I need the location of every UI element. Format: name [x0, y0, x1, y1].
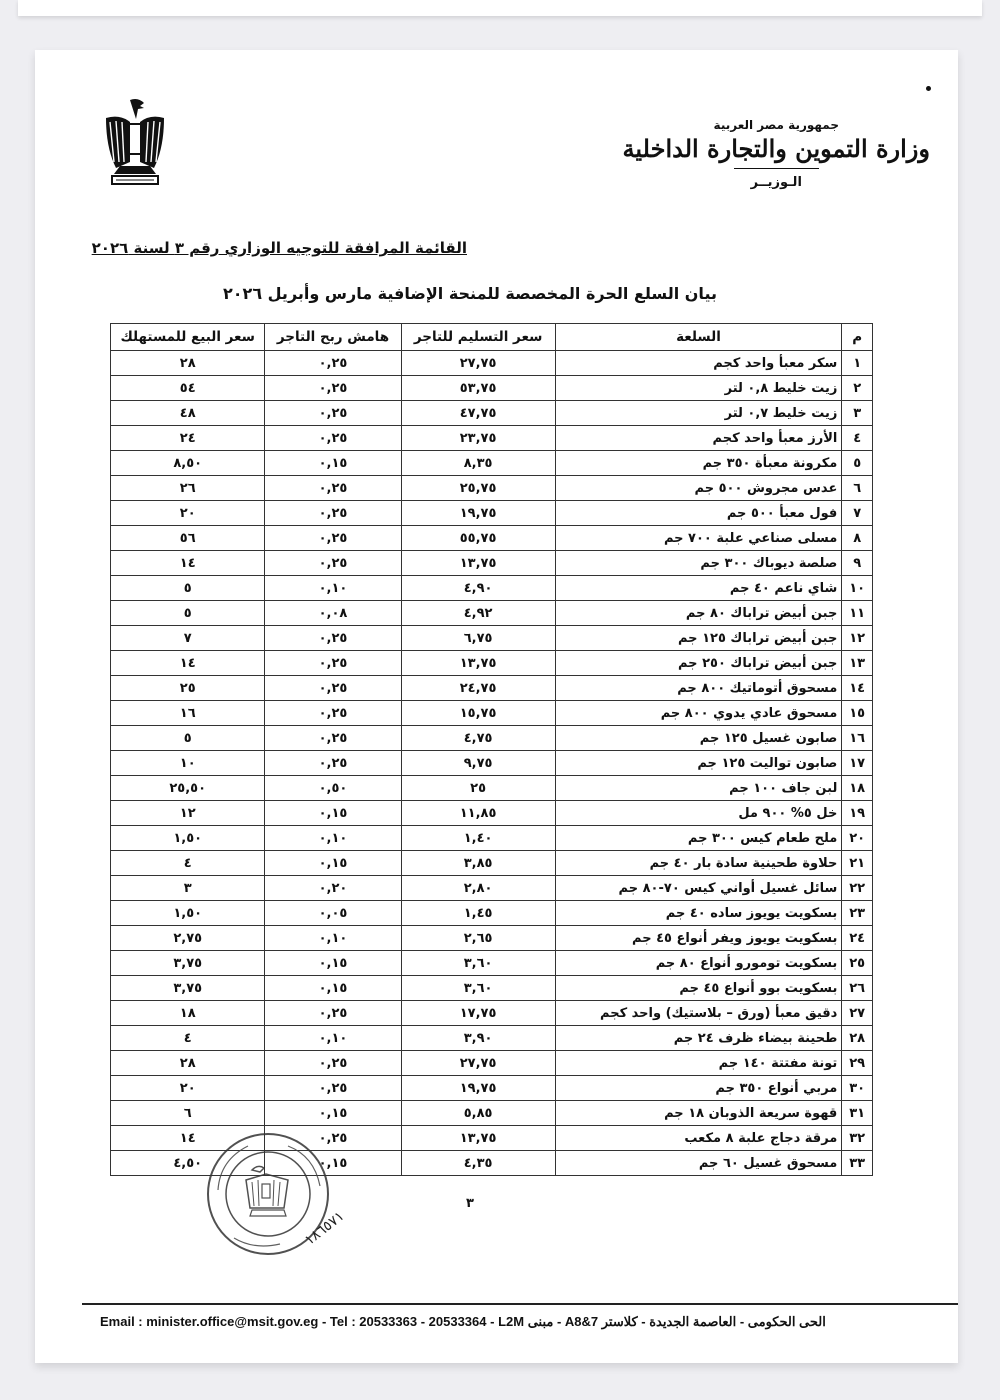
table-row: ١١جبن أبيض تراباك ٨٠ جم٤,٩٢٠,٠٨٥	[111, 601, 873, 626]
trader-margin: ٠,١٠	[265, 1026, 401, 1051]
trader-margin: ٠,٢٥	[265, 701, 401, 726]
table-row: ٢٦بسكويت بوو أنواع ٤٥ جم٣,٦٠٠,١٥٣,٧٥	[111, 976, 873, 1001]
table-header-row: م السلعة سعر التسليم للتاجر هامش ربح الت…	[111, 324, 873, 351]
row-index: ١٤	[842, 676, 873, 701]
table-row: ٣١قهوة سريعة الذوبان ١٨ جم٥,٨٥٠,١٥٦	[111, 1101, 873, 1126]
previous-page-edge	[18, 0, 982, 16]
item-name: صلصة ديوباك ٣٠٠ جم	[555, 551, 842, 576]
row-index: ٢٣	[842, 901, 873, 926]
delivery-price: ٢٥	[401, 776, 555, 801]
trader-margin: ٠,٢٥	[265, 551, 401, 576]
item-name: مسحوق أتوماتيك ٨٠٠ جم	[555, 676, 842, 701]
trader-margin: ٠,٢٥	[265, 751, 401, 776]
trader-margin: ٠,٢٥	[265, 501, 401, 526]
item-name: بسكويت يويوز ويفر أنواع ٤٥ جم	[555, 926, 842, 951]
table-row: ١٧صابون تواليت ١٢٥ جم٩,٧٥٠,٢٥١٠	[111, 751, 873, 776]
delivery-price: ٣,٦٠	[401, 976, 555, 1001]
table-row: ٣زيت خليط ٠,٧ لتر٤٧,٧٥٠,٢٥٤٨	[111, 401, 873, 426]
table-row: ٢٢سائل غسيل أواني كيس ٧٠-٨٠ جم٢,٨٠٠,٢٠٣	[111, 876, 873, 901]
consumer-price: ١,٥٠	[111, 901, 265, 926]
trader-margin: ٠,١٥	[265, 976, 401, 1001]
table-row: ١٦صابون غسيل ١٢٥ جم٤,٧٥٠,٢٥٥	[111, 726, 873, 751]
item-name: فول معبأ ٥٠٠ جم	[555, 501, 842, 526]
table-row: ١سكر معبأ واحد كجم٢٧,٧٥٠,٢٥٢٨	[111, 351, 873, 376]
item-name: لبن جاف ١٠٠ جم	[555, 776, 842, 801]
table-row: ٢٩تونة مفتتة ١٤٠ جم٢٧,٧٥٠,٢٥٢٨	[111, 1051, 873, 1076]
item-name: جبن أبيض تراباك ٢٥٠ جم	[555, 651, 842, 676]
row-index: ٢٨	[842, 1026, 873, 1051]
consumer-price: ٢٦	[111, 476, 265, 501]
trader-margin: ٠,١٠	[265, 826, 401, 851]
delivery-price: ٢٧,٧٥	[401, 1051, 555, 1076]
delivery-price: ٢,٨٠	[401, 876, 555, 901]
delivery-price: ١١,٨٥	[401, 801, 555, 826]
consumer-price: ١,٥٠	[111, 826, 265, 851]
row-index: ٢	[842, 376, 873, 401]
delivery-price: ٣,٨٥	[401, 851, 555, 876]
footer-divider	[82, 1303, 958, 1305]
table-row: ٧فول معبأ ٥٠٠ جم١٩,٧٥٠,٢٥٢٠	[111, 501, 873, 526]
item-name: الأرز معبأ واحد كجم	[555, 426, 842, 451]
row-index: ١٣	[842, 651, 873, 676]
scan-speck	[926, 86, 931, 91]
page-number: ٣	[466, 1196, 474, 1211]
delivery-price: ٤,٧٥	[401, 726, 555, 751]
row-index: ٢٢	[842, 876, 873, 901]
item-name: بسكويت بوو أنواع ٤٥ جم	[555, 976, 842, 1001]
item-name: تونة مفتتة ١٤٠ جم	[555, 1051, 842, 1076]
consumer-price: ٥	[111, 576, 265, 601]
letterhead-divider	[734, 168, 819, 169]
delivery-price: ١,٤٠	[401, 826, 555, 851]
footer-email: Email : minister.office@msit.gov.eg	[100, 1314, 318, 1329]
consumer-price: ١٤	[111, 551, 265, 576]
delivery-price: ٣,٩٠	[401, 1026, 555, 1051]
trader-margin: ٠,٢٥	[265, 1001, 401, 1026]
consumer-price: ١٤	[111, 651, 265, 676]
consumer-price: ٣	[111, 876, 265, 901]
consumer-price: ٣,٧٥	[111, 976, 265, 1001]
consumer-price: ٦	[111, 1101, 265, 1126]
item-name: عدس مجروش ٥٠٠ جم	[555, 476, 842, 501]
item-name: مرقة دجاج علبة ٨ مكعب	[555, 1126, 842, 1151]
consumer-price: ٣,٧٥	[111, 951, 265, 976]
delivery-price: ١٩,٧٥	[401, 1076, 555, 1101]
delivery-price: ٥٥,٧٥	[401, 526, 555, 551]
row-index: ٦	[842, 476, 873, 501]
row-index: ٥	[842, 451, 873, 476]
consumer-price: ٤	[111, 851, 265, 876]
item-name: سكر معبأ واحد كجم	[555, 351, 842, 376]
trader-margin: ٠,١٠	[265, 576, 401, 601]
item-name: سائل غسيل أواني كيس ٧٠-٨٠ جم	[555, 876, 842, 901]
goods-price-table: م السلعة سعر التسليم للتاجر هامش ربح الت…	[110, 323, 873, 1176]
row-index: ١٨	[842, 776, 873, 801]
row-index: ٨	[842, 526, 873, 551]
footer-tel: - Tel : 20533363 - 20533364	[322, 1314, 487, 1329]
letterhead: جمهورية مصر العربية وزارة التموين والتجا…	[623, 118, 930, 190]
trader-margin: ٠,١٥	[265, 1101, 401, 1126]
table-row: ٤الأرز معبأ واحد كجم٢٣,٧٥٠,٢٥٢٤	[111, 426, 873, 451]
row-index: ٩	[842, 551, 873, 576]
row-index: ٣٣	[842, 1151, 873, 1176]
footer-contact: Email : minister.office@msit.gov.eg - Te…	[100, 1314, 880, 1330]
item-name: خل ٥% ٩٠٠ مل	[555, 801, 842, 826]
delivery-price: ١٥,٧٥	[401, 701, 555, 726]
delivery-price: ١٧,٧٥	[401, 1001, 555, 1026]
consumer-price: ٢,٧٥	[111, 926, 265, 951]
trader-margin: ٠,١٥	[265, 851, 401, 876]
row-index: ٧	[842, 501, 873, 526]
row-index: ١٥	[842, 701, 873, 726]
row-index: ٢٥	[842, 951, 873, 976]
republic-name: جمهورية مصر العربية	[623, 118, 930, 132]
table-row: ٨مسلى صناعي علبة ٧٠٠ جم٥٥,٧٥٠,٢٥٥٦	[111, 526, 873, 551]
table-row: ١٤مسحوق أتوماتيك ٨٠٠ جم٢٤,٧٥٠,٢٥٢٥	[111, 676, 873, 701]
consumer-price: ٥	[111, 726, 265, 751]
item-name: بسكويت يويوز ساده ٤٠ جم	[555, 901, 842, 926]
header-index: م	[842, 324, 873, 351]
table-row: ٥مكرونة معبأة ٣٥٠ جم٨,٣٥٠,١٥٨,٥٠	[111, 451, 873, 476]
attachment-title: القائمة المرافقة للتوجيه الوزاري رقم ٣ ل…	[92, 239, 467, 257]
item-name: زيت خليط ٠,٧ لتر	[555, 401, 842, 426]
trader-margin: ٠,١٠	[265, 926, 401, 951]
table-row: ٢١حلاوة طحينية سادة بار ٤٠ جم٣,٨٥٠,١٥٤	[111, 851, 873, 876]
delivery-price: ٤٧,٧٥	[401, 401, 555, 426]
row-index: ٢١	[842, 851, 873, 876]
header-consumer-price: سعر البيع للمستهلك	[111, 324, 265, 351]
eagle-emblem-icon	[100, 96, 170, 192]
table-row: ٢٠ملح طعام كيس ٣٠٠ جم١,٤٠٠,١٠١,٥٠	[111, 826, 873, 851]
trader-margin: ٠,٢٥	[265, 426, 401, 451]
trader-margin: ٠,٢٥	[265, 1076, 401, 1101]
row-index: ١	[842, 351, 873, 376]
table-row: ٢٤بسكويت يويوز ويفر أنواع ٤٥ جم٢,٦٥٠,١٠٢…	[111, 926, 873, 951]
trader-margin: ٠,١٥	[265, 451, 401, 476]
row-index: ١٧	[842, 751, 873, 776]
table-row: ٦عدس مجروش ٥٠٠ جم٢٥,٧٥٠,٢٥٢٦	[111, 476, 873, 501]
delivery-price: ٢٥,٧٥	[401, 476, 555, 501]
item-name: حلاوة طحينية سادة بار ٤٠ جم	[555, 851, 842, 876]
trader-margin: ٠,٠٨	[265, 601, 401, 626]
table-row: ٢٨طحينة بيضاء ظرف ٢٤ جم٣,٩٠٠,١٠٤	[111, 1026, 873, 1051]
trader-margin: ٠,١٥	[265, 951, 401, 976]
footer-address: الحى الحكومى - العاصمة الجديدة - كلاستر …	[490, 1314, 826, 1329]
delivery-price: ٩,٧٥	[401, 751, 555, 776]
row-index: ٣٢	[842, 1126, 873, 1151]
trader-margin: ٠,٢٥	[265, 351, 401, 376]
item-name: شاي ناعم ٤٠ جم	[555, 576, 842, 601]
table-row: ٩صلصة ديوباك ٣٠٠ جم١٣,٧٥٠,٢٥١٤	[111, 551, 873, 576]
trader-margin: ٠,٢٥	[265, 376, 401, 401]
item-name: زيت خليط ٠,٨ لتر	[555, 376, 842, 401]
consumer-price: ١٦	[111, 701, 265, 726]
item-name: طحينة بيضاء ظرف ٢٤ جم	[555, 1026, 842, 1051]
row-index: ٢٤	[842, 926, 873, 951]
item-name: دقيق معبأ (ورق – بلاستيك) واحد كجم	[555, 1001, 842, 1026]
delivery-price: ١,٤٥	[401, 901, 555, 926]
trader-margin: ٠,٢٠	[265, 876, 401, 901]
table-row: ٢زيت خليط ٠,٨ لتر٥٣,٧٥٠,٢٥٥٤	[111, 376, 873, 401]
consumer-price: ٥	[111, 601, 265, 626]
item-name: بسكويت تومورو أنواع ٨٠ جم	[555, 951, 842, 976]
consumer-price: ٢٥,٥٠	[111, 776, 265, 801]
consumer-price: ٥٤	[111, 376, 265, 401]
delivery-price: ٦,٧٥	[401, 626, 555, 651]
item-name: جبن أبيض تراباك ١٢٥ جم	[555, 626, 842, 651]
consumer-price: ٥٦	[111, 526, 265, 551]
consumer-price: ٢٥	[111, 676, 265, 701]
row-index: ٢٦	[842, 976, 873, 1001]
row-index: ٣١	[842, 1101, 873, 1126]
table-row: ٢٧دقيق معبأ (ورق – بلاستيك) واحد كجم١٧,٧…	[111, 1001, 873, 1026]
delivery-price: ١٣,٧٥	[401, 651, 555, 676]
item-name: جبن أبيض تراباك ٨٠ جم	[555, 601, 842, 626]
trader-margin: ٠,٢٥	[265, 526, 401, 551]
consumer-price: ١٢	[111, 801, 265, 826]
trader-margin: ٠,٢٥	[265, 676, 401, 701]
table-row: ١٩خل ٥% ٩٠٠ مل١١,٨٥٠,١٥١٢	[111, 801, 873, 826]
table-row: ١٢جبن أبيض تراباك ١٢٥ جم٦,٧٥٠,٢٥٧	[111, 626, 873, 651]
item-name: صابون تواليت ١٢٥ جم	[555, 751, 842, 776]
consumer-price: ٨,٥٠	[111, 451, 265, 476]
table-row: ٢٥بسكويت تومورو أنواع ٨٠ جم٣,٦٠٠,١٥٣,٧٥	[111, 951, 873, 976]
consumer-price: ١٨	[111, 1001, 265, 1026]
delivery-price: ٢٤,٧٥	[401, 676, 555, 701]
delivery-price: ٢,٦٥	[401, 926, 555, 951]
delivery-price: ٣,٦٠	[401, 951, 555, 976]
trader-margin: ٠,٢٥	[265, 401, 401, 426]
trader-margin: ٠,٠٥	[265, 901, 401, 926]
consumer-price: ٢٤	[111, 426, 265, 451]
trader-margin: ٠,٢٥	[265, 626, 401, 651]
trader-margin: ٠,٢٥	[265, 651, 401, 676]
item-name: مسلى صناعي علبة ٧٠٠ جم	[555, 526, 842, 551]
table-row: ١٥مسحوق عادي يدوي ٨٠٠ جم١٥,٧٥٠,٢٥١٦	[111, 701, 873, 726]
row-index: ١٠	[842, 576, 873, 601]
ministry-name: وزارة التموين والتجارة الداخلية	[623, 134, 930, 164]
delivery-price: ٢٧,٧٥	[401, 351, 555, 376]
consumer-price: ٢٨	[111, 351, 265, 376]
trader-margin: ٠,٢٥	[265, 726, 401, 751]
table-row: ٢٣بسكويت يويوز ساده ٤٠ جم١,٤٥٠,٠٥١,٥٠	[111, 901, 873, 926]
item-name: مربي أنواع ٣٥٠ جم	[555, 1076, 842, 1101]
item-name: مسحوق عادي يدوي ٨٠٠ جم	[555, 701, 842, 726]
delivery-price: ١٩,٧٥	[401, 501, 555, 526]
item-name: مسحوق غسيل ٦٠ جم	[555, 1151, 842, 1176]
row-index: ١١	[842, 601, 873, 626]
trader-margin: ٠,٢٥	[265, 476, 401, 501]
item-name: قهوة سريعة الذوبان ١٨ جم	[555, 1101, 842, 1126]
item-name: ملح طعام كيس ٣٠٠ جم	[555, 826, 842, 851]
table-row: ٣٠مربي أنواع ٣٥٠ جم١٩,٧٥٠,٢٥٢٠	[111, 1076, 873, 1101]
row-index: ٣٠	[842, 1076, 873, 1101]
row-index: ٣	[842, 401, 873, 426]
row-index: ٢٧	[842, 1001, 873, 1026]
delivery-price: ٨,٣٥	[401, 451, 555, 476]
trader-margin: ٠,٢٥	[265, 1051, 401, 1076]
delivery-price: ١٣,٧٥	[401, 1126, 555, 1151]
consumer-price: ٢٠	[111, 1076, 265, 1101]
delivery-price: ٤,٩٠	[401, 576, 555, 601]
consumer-price: ٢٨	[111, 1051, 265, 1076]
consumer-price: ٤	[111, 1026, 265, 1051]
consumer-price: ٤٨	[111, 401, 265, 426]
row-index: ١٦	[842, 726, 873, 751]
header-trader-margin: هامش ربح التاجر	[265, 324, 401, 351]
table-row: ١٣جبن أبيض تراباك ٢٥٠ جم١٣,٧٥٠,٢٥١٤	[111, 651, 873, 676]
table-row: ١٨لبن جاف ١٠٠ جم٢٥٠,٥٠٢٥,٥٠	[111, 776, 873, 801]
delivery-price: ٥,٨٥	[401, 1101, 555, 1126]
item-name: مكرونة معبأة ٣٥٠ جم	[555, 451, 842, 476]
row-index: ١٩	[842, 801, 873, 826]
item-name: صابون غسيل ١٢٥ جم	[555, 726, 842, 751]
trader-margin: ٠,٥٠	[265, 776, 401, 801]
row-index: ٢٩	[842, 1051, 873, 1076]
document-title: بيان السلع الحرة المخصصة للمنحة الإضافية…	[220, 284, 720, 303]
table-row: ١٠شاي ناعم ٤٠ جم٤,٩٠٠,١٠٥	[111, 576, 873, 601]
table-body: ١سكر معبأ واحد كجم٢٧,٧٥٠,٢٥٢٨٢زيت خليط ٠…	[111, 351, 873, 1176]
delivery-price: ٤,٣٥	[401, 1151, 555, 1176]
minister-office-label: الـوزيــر	[623, 175, 930, 190]
delivery-price: ٥٣,٧٥	[401, 376, 555, 401]
consumer-price: ٧	[111, 626, 265, 651]
header-item: السلعة	[555, 324, 842, 351]
trader-margin: ٠,١٥	[265, 801, 401, 826]
delivery-price: ٢٣,٧٥	[401, 426, 555, 451]
row-index: ١٢	[842, 626, 873, 651]
row-index: ٤	[842, 426, 873, 451]
row-index: ٢٠	[842, 826, 873, 851]
header-delivery-price: سعر التسليم للتاجر	[401, 324, 555, 351]
delivery-price: ٤,٩٢	[401, 601, 555, 626]
delivery-price: ١٣,٧٥	[401, 551, 555, 576]
consumer-price: ١٠	[111, 751, 265, 776]
consumer-price: ٢٠	[111, 501, 265, 526]
